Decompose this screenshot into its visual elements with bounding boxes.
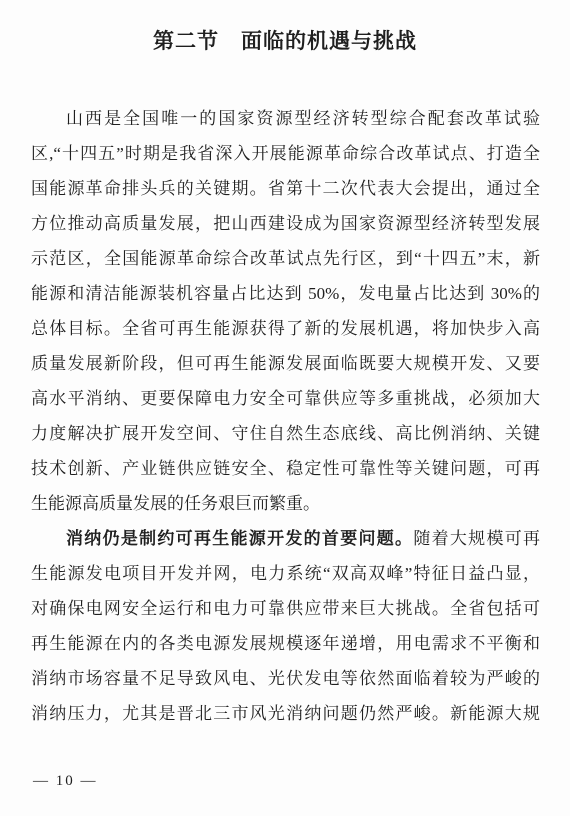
text-line: 生能源发电项目开发并网，电力系统“双高双峰”特征日益凸显， bbox=[31, 556, 540, 591]
body-text: 山西是全国唯一的国家资源型经济转型综合配套改革试验 区,“十四五”时期是我省深入… bbox=[31, 101, 540, 731]
text-line: 能源和清洁能源装机容量占比达到 50%，发电量占比达到 30%的 bbox=[31, 276, 540, 311]
text-line: 消纳压力，尤其是晋北三市风光消纳问题仍然严峻。新能源大规 bbox=[31, 696, 540, 731]
text-line: 示范区，全国能源革命综合改革试点先行区，到“十四五”末，新 bbox=[31, 241, 540, 276]
text-line: 技术创新、产业链供应链安全、稳定性可靠性等关键问题，可再 bbox=[31, 451, 540, 486]
text-line: 高水平消纳、更要保障电力安全可靠供应等多重挑战，必须加大 bbox=[31, 381, 540, 416]
text-line: 对确保电网安全运行和电力可靠供应带来巨大挑战。全省包括可 bbox=[31, 591, 540, 626]
text-line: 国能源革命排头兵的关键期。省第十二次代表大会提出，通过全 bbox=[31, 171, 540, 206]
text-line: 力度解决扩展开发空间、守住自然生态底线、高比例消纳、关键 bbox=[31, 416, 540, 451]
lead-rest-text: 随着大规模可再 bbox=[413, 529, 540, 548]
text-line: 区,“十四五”时期是我省深入开展能源革命综合改革试点、打造全 bbox=[31, 136, 540, 171]
text-line: 山西是全国唯一的国家资源型经济转型综合配套改革试验 bbox=[31, 101, 540, 136]
text-line: 总体目标。全省可再生能源获得了新的发展机遇，将加快步入高 bbox=[31, 311, 540, 346]
text-line: 再生能源在内的各类电源发展规模逐年递增，用电需求不平衡和 bbox=[31, 626, 540, 661]
document-page: 第二节 面临的机遇与挑战 山西是全国唯一的国家资源型经济转型综合配套改革试验 区… bbox=[0, 0, 570, 816]
page-number: — 10 — bbox=[33, 773, 98, 790]
text-line-with-bold-lead: 消纳仍是制约可再生能源开发的首要问题。随着大规模可再 bbox=[31, 521, 540, 556]
bold-lead-sentence: 消纳仍是制约可再生能源开发的首要问题。 bbox=[66, 529, 413, 548]
text-line: 生能源高质量发展的任务艰巨而繁重。 bbox=[31, 486, 540, 521]
text-line: 方位推动高质量发展，把山西建设成为国家资源型经济转型发展 bbox=[31, 206, 540, 241]
text-line: 消纳市场容量不足导致风电、光伏发电等依然面临着较为严峻的 bbox=[31, 661, 540, 696]
section-title: 第二节 面临的机遇与挑战 bbox=[0, 27, 570, 55]
text-line: 质量发展新阶段，但可再生能源发展面临既要大规模开发、又要 bbox=[31, 346, 540, 381]
